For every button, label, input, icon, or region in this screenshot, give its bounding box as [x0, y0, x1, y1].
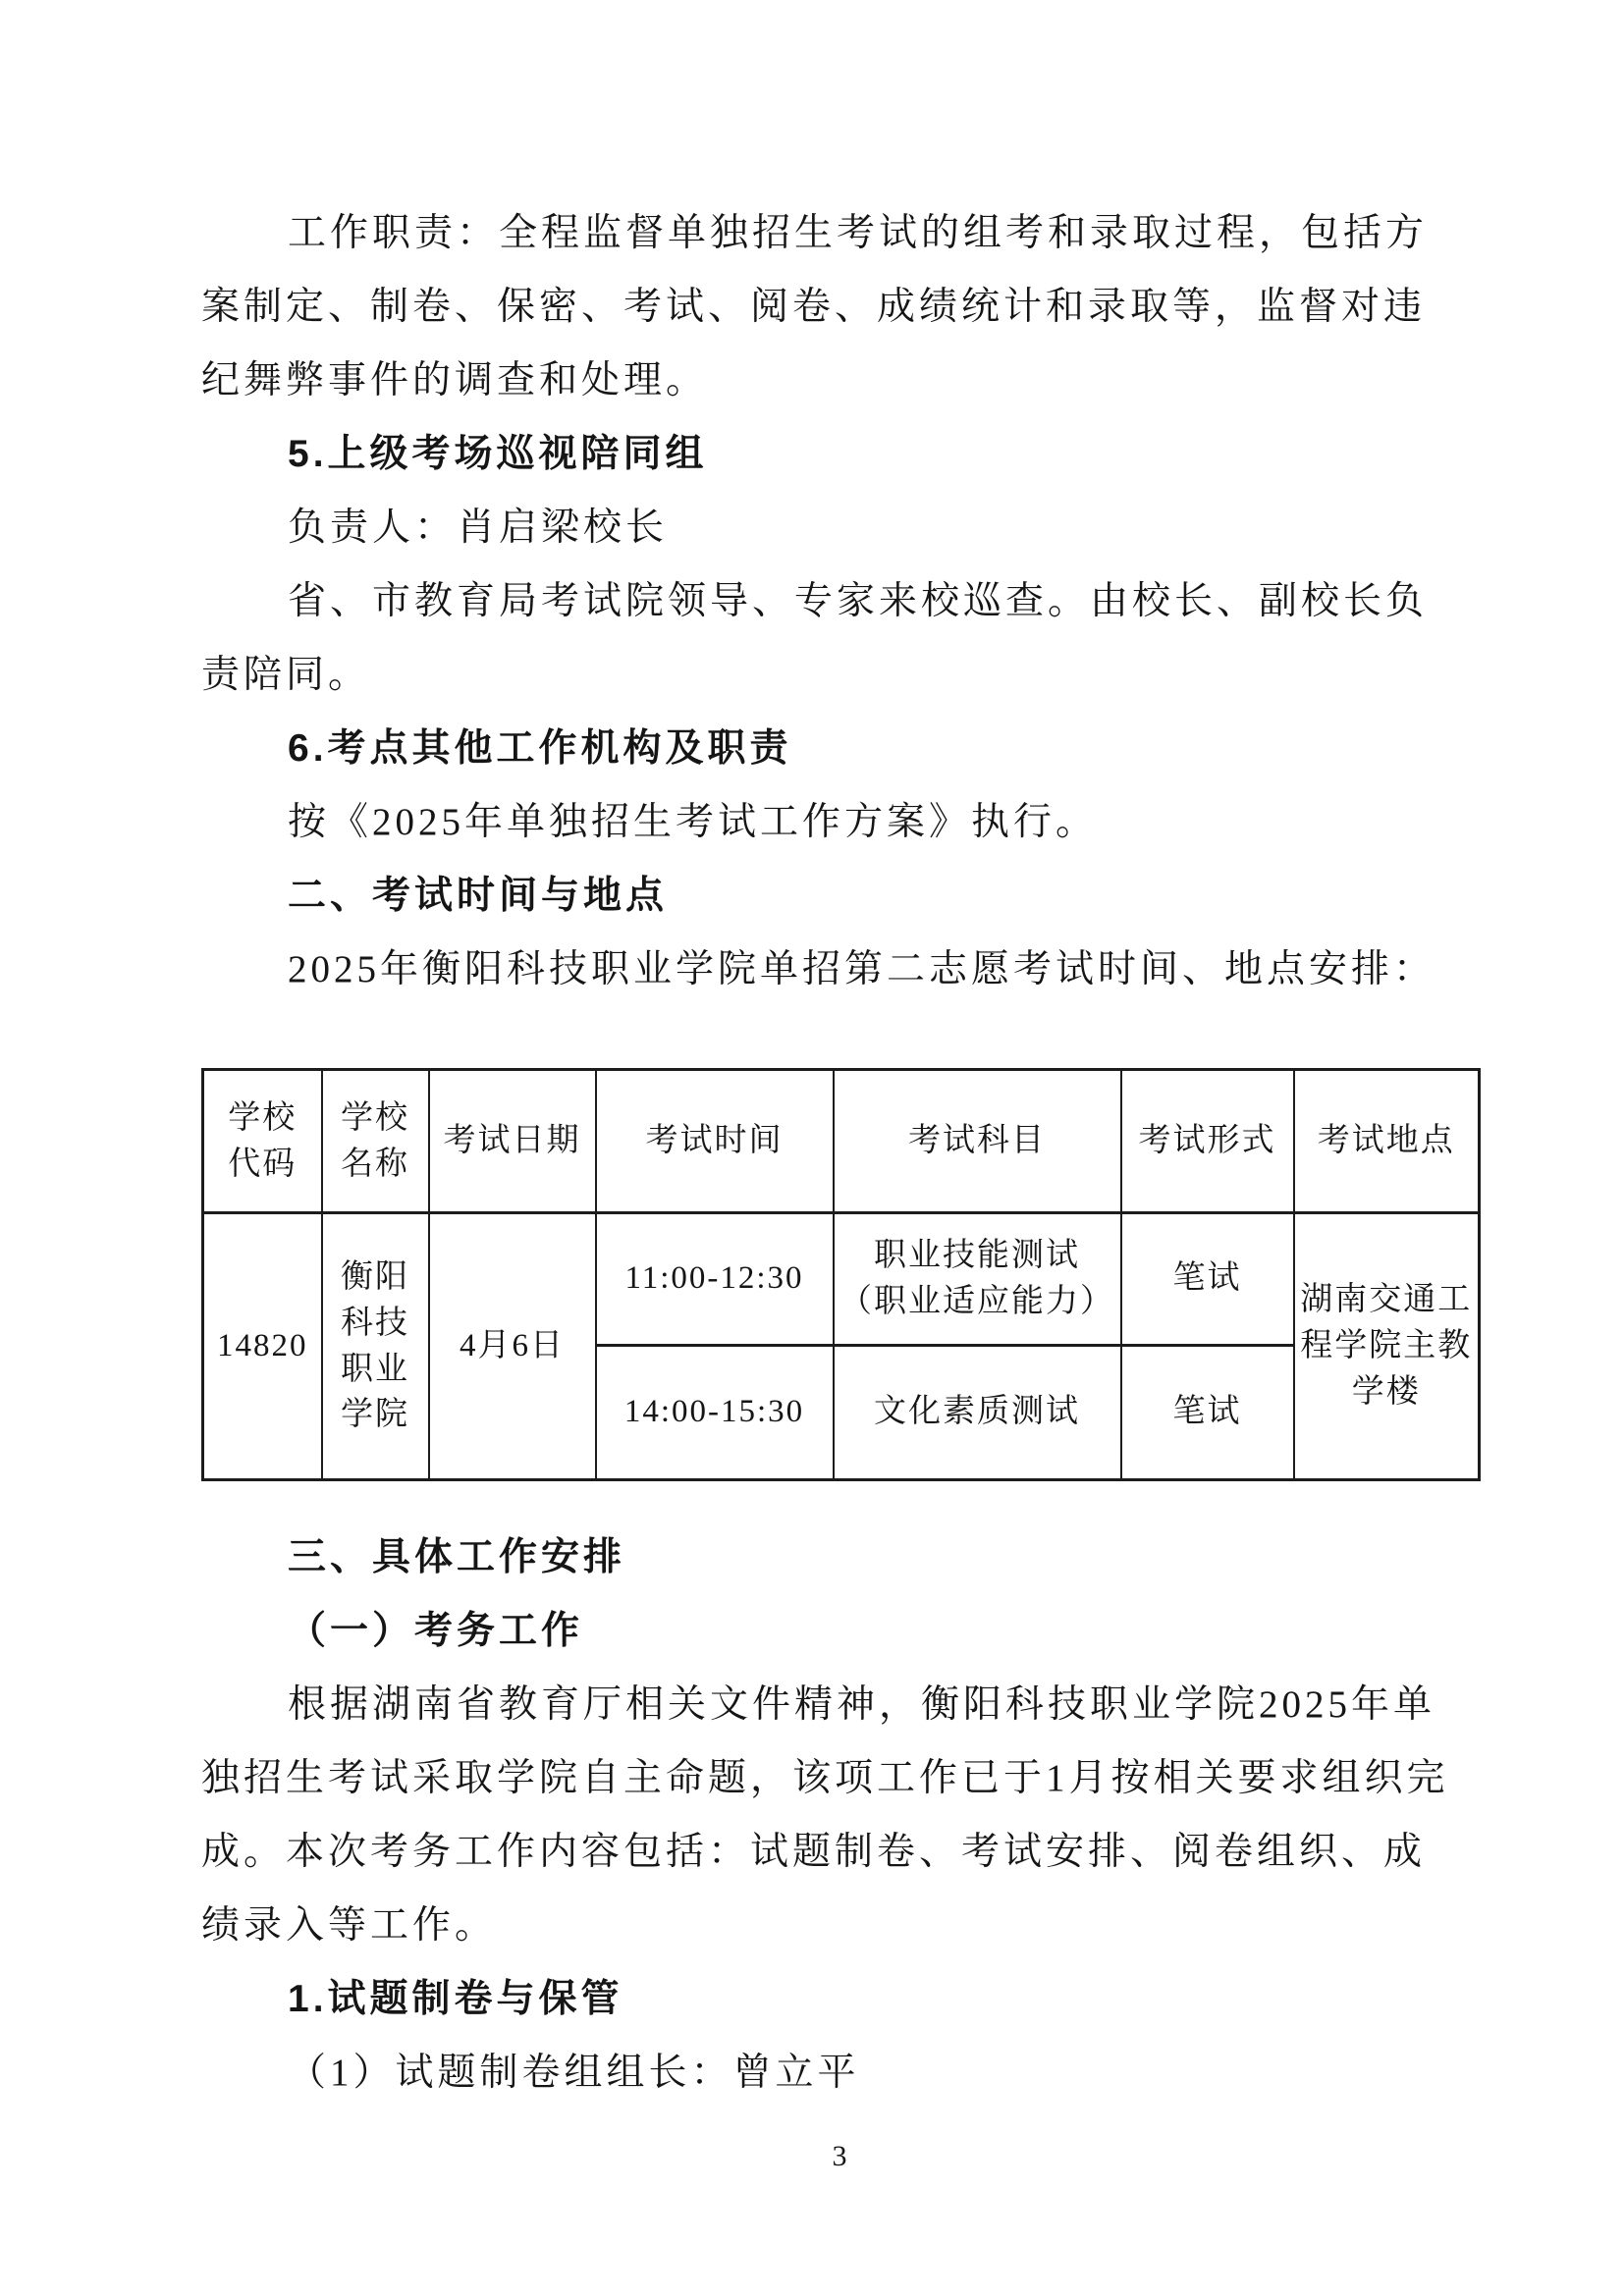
- paragraph-line: 根据湖南省教育厅相关文件精神，衡阳科技职业学院2025年单: [201, 1668, 1478, 1741]
- paragraph-line: 负责人：肖启梁校长: [201, 491, 1478, 564]
- paragraph-line: （1）试题制卷组组长：曾立平: [201, 2036, 1478, 2109]
- paragraph-line: 案制定、制卷、保密、考试、阅卷、成绩统计和录取等，监督对违: [201, 270, 1478, 344]
- paragraph-line: 独招生考试采取学院自主命题，该项工作已于1月按相关要求组织完: [201, 1741, 1478, 1815]
- col-header-exam-location: 考试地点: [1294, 1070, 1480, 1213]
- col-header-school-name: 学校 名称: [322, 1070, 429, 1213]
- cell-exam-subject-1: 职业技能测试 （职业适应能力）: [834, 1213, 1121, 1346]
- table-header-row: 学校 代码 学校 名称 考试日期 考试时间 考试科目 考试形式 考试地点: [203, 1070, 1480, 1213]
- paragraph-line: 省、市教育局考试院领导、专家来校巡查。由校长、副校长负: [201, 564, 1478, 638]
- col-header-line: 代码: [204, 1142, 321, 1188]
- cell-school-code: 14820: [203, 1213, 322, 1480]
- cell-school-name: 衡阳 科技 职业 学院: [322, 1213, 429, 1480]
- exam-schedule-table: 学校 代码 学校 名称 考试日期 考试时间 考试科目 考试形式 考试地点 148…: [201, 1068, 1481, 1481]
- paragraph-line: 纪舞弊事件的调查和处理。: [201, 344, 1478, 417]
- cell-exam-location: 湖南交通工 程学院主教 学楼: [1294, 1213, 1480, 1480]
- heading-paper-printing: 1.试题制卷与保管: [201, 1962, 1478, 2036]
- col-header-exam-format: 考试形式: [1121, 1070, 1294, 1213]
- col-header-line: 学校: [323, 1095, 428, 1142]
- paragraph-line: 绩录入等工作。: [201, 1889, 1478, 1962]
- heading-other-org-duties: 6.考点其他工作机构及职责: [201, 712, 1478, 785]
- document-page: 工作职责：全程监督单独招生考试的组考和录取过程，包括方 案制定、制卷、保密、考试…: [0, 0, 1624, 2296]
- cell-exam-time-1: 11:00-12:30: [596, 1213, 834, 1346]
- paragraph-line: 工作职责：全程监督单独招生考试的组考和录取过程，包括方: [201, 196, 1478, 270]
- heading-exam-affairs: （一）考务工作: [201, 1594, 1478, 1668]
- page-number: 3: [201, 2137, 1478, 2176]
- col-header-exam-subject: 考试科目: [834, 1070, 1121, 1213]
- cell-exam-date: 4月6日: [429, 1213, 596, 1480]
- cell-subject-line: 职业技能测试: [835, 1233, 1120, 1279]
- paragraph-line: 成。本次考务工作内容包括：试题制卷、考试安排、阅卷组织、成: [201, 1815, 1478, 1889]
- col-header-line: 名称: [323, 1142, 428, 1188]
- heading-exam-time-location: 二、考试时间与地点: [201, 859, 1478, 933]
- cell-exam-time-2: 14:00-15:30: [596, 1346, 834, 1480]
- col-header-line: 学校: [204, 1095, 321, 1142]
- cell-school-name-line: 科技: [323, 1301, 428, 1347]
- paragraph-line: 2025年衡阳科技职业学院单招第二志愿考试时间、地点安排：: [201, 933, 1478, 1006]
- cell-location-line: 程学院主教: [1295, 1323, 1479, 1369]
- col-header-school-code: 学校 代码: [203, 1070, 322, 1213]
- col-header-exam-time: 考试时间: [596, 1070, 834, 1213]
- heading-supervisor-tour-group: 5.上级考场巡视陪同组: [201, 417, 1478, 491]
- paragraph-line: 责陪同。: [201, 638, 1478, 712]
- cell-location-line: 湖南交通工: [1295, 1277, 1479, 1323]
- paragraph-line: 按《2025年单独招生考试工作方案》执行。: [201, 785, 1478, 859]
- cell-exam-subject-2: 文化素质测试: [834, 1346, 1121, 1480]
- heading-work-arrangement: 三、具体工作安排: [201, 1521, 1478, 1594]
- col-header-exam-date: 考试日期: [429, 1070, 596, 1213]
- table-row: 14820 衡阳 科技 职业 学院 4月6日 11:00-12:30 职业技能测…: [203, 1213, 1480, 1346]
- cell-exam-format-1: 笔试: [1121, 1213, 1294, 1346]
- cell-location-line: 学楼: [1295, 1369, 1479, 1415]
- cell-school-name-line: 学院: [323, 1392, 428, 1438]
- cell-school-name-line: 职业: [323, 1347, 428, 1393]
- cell-school-name-line: 衡阳: [323, 1255, 428, 1301]
- cell-exam-format-2: 笔试: [1121, 1346, 1294, 1480]
- cell-subject-line: （职业适应能力）: [835, 1279, 1120, 1325]
